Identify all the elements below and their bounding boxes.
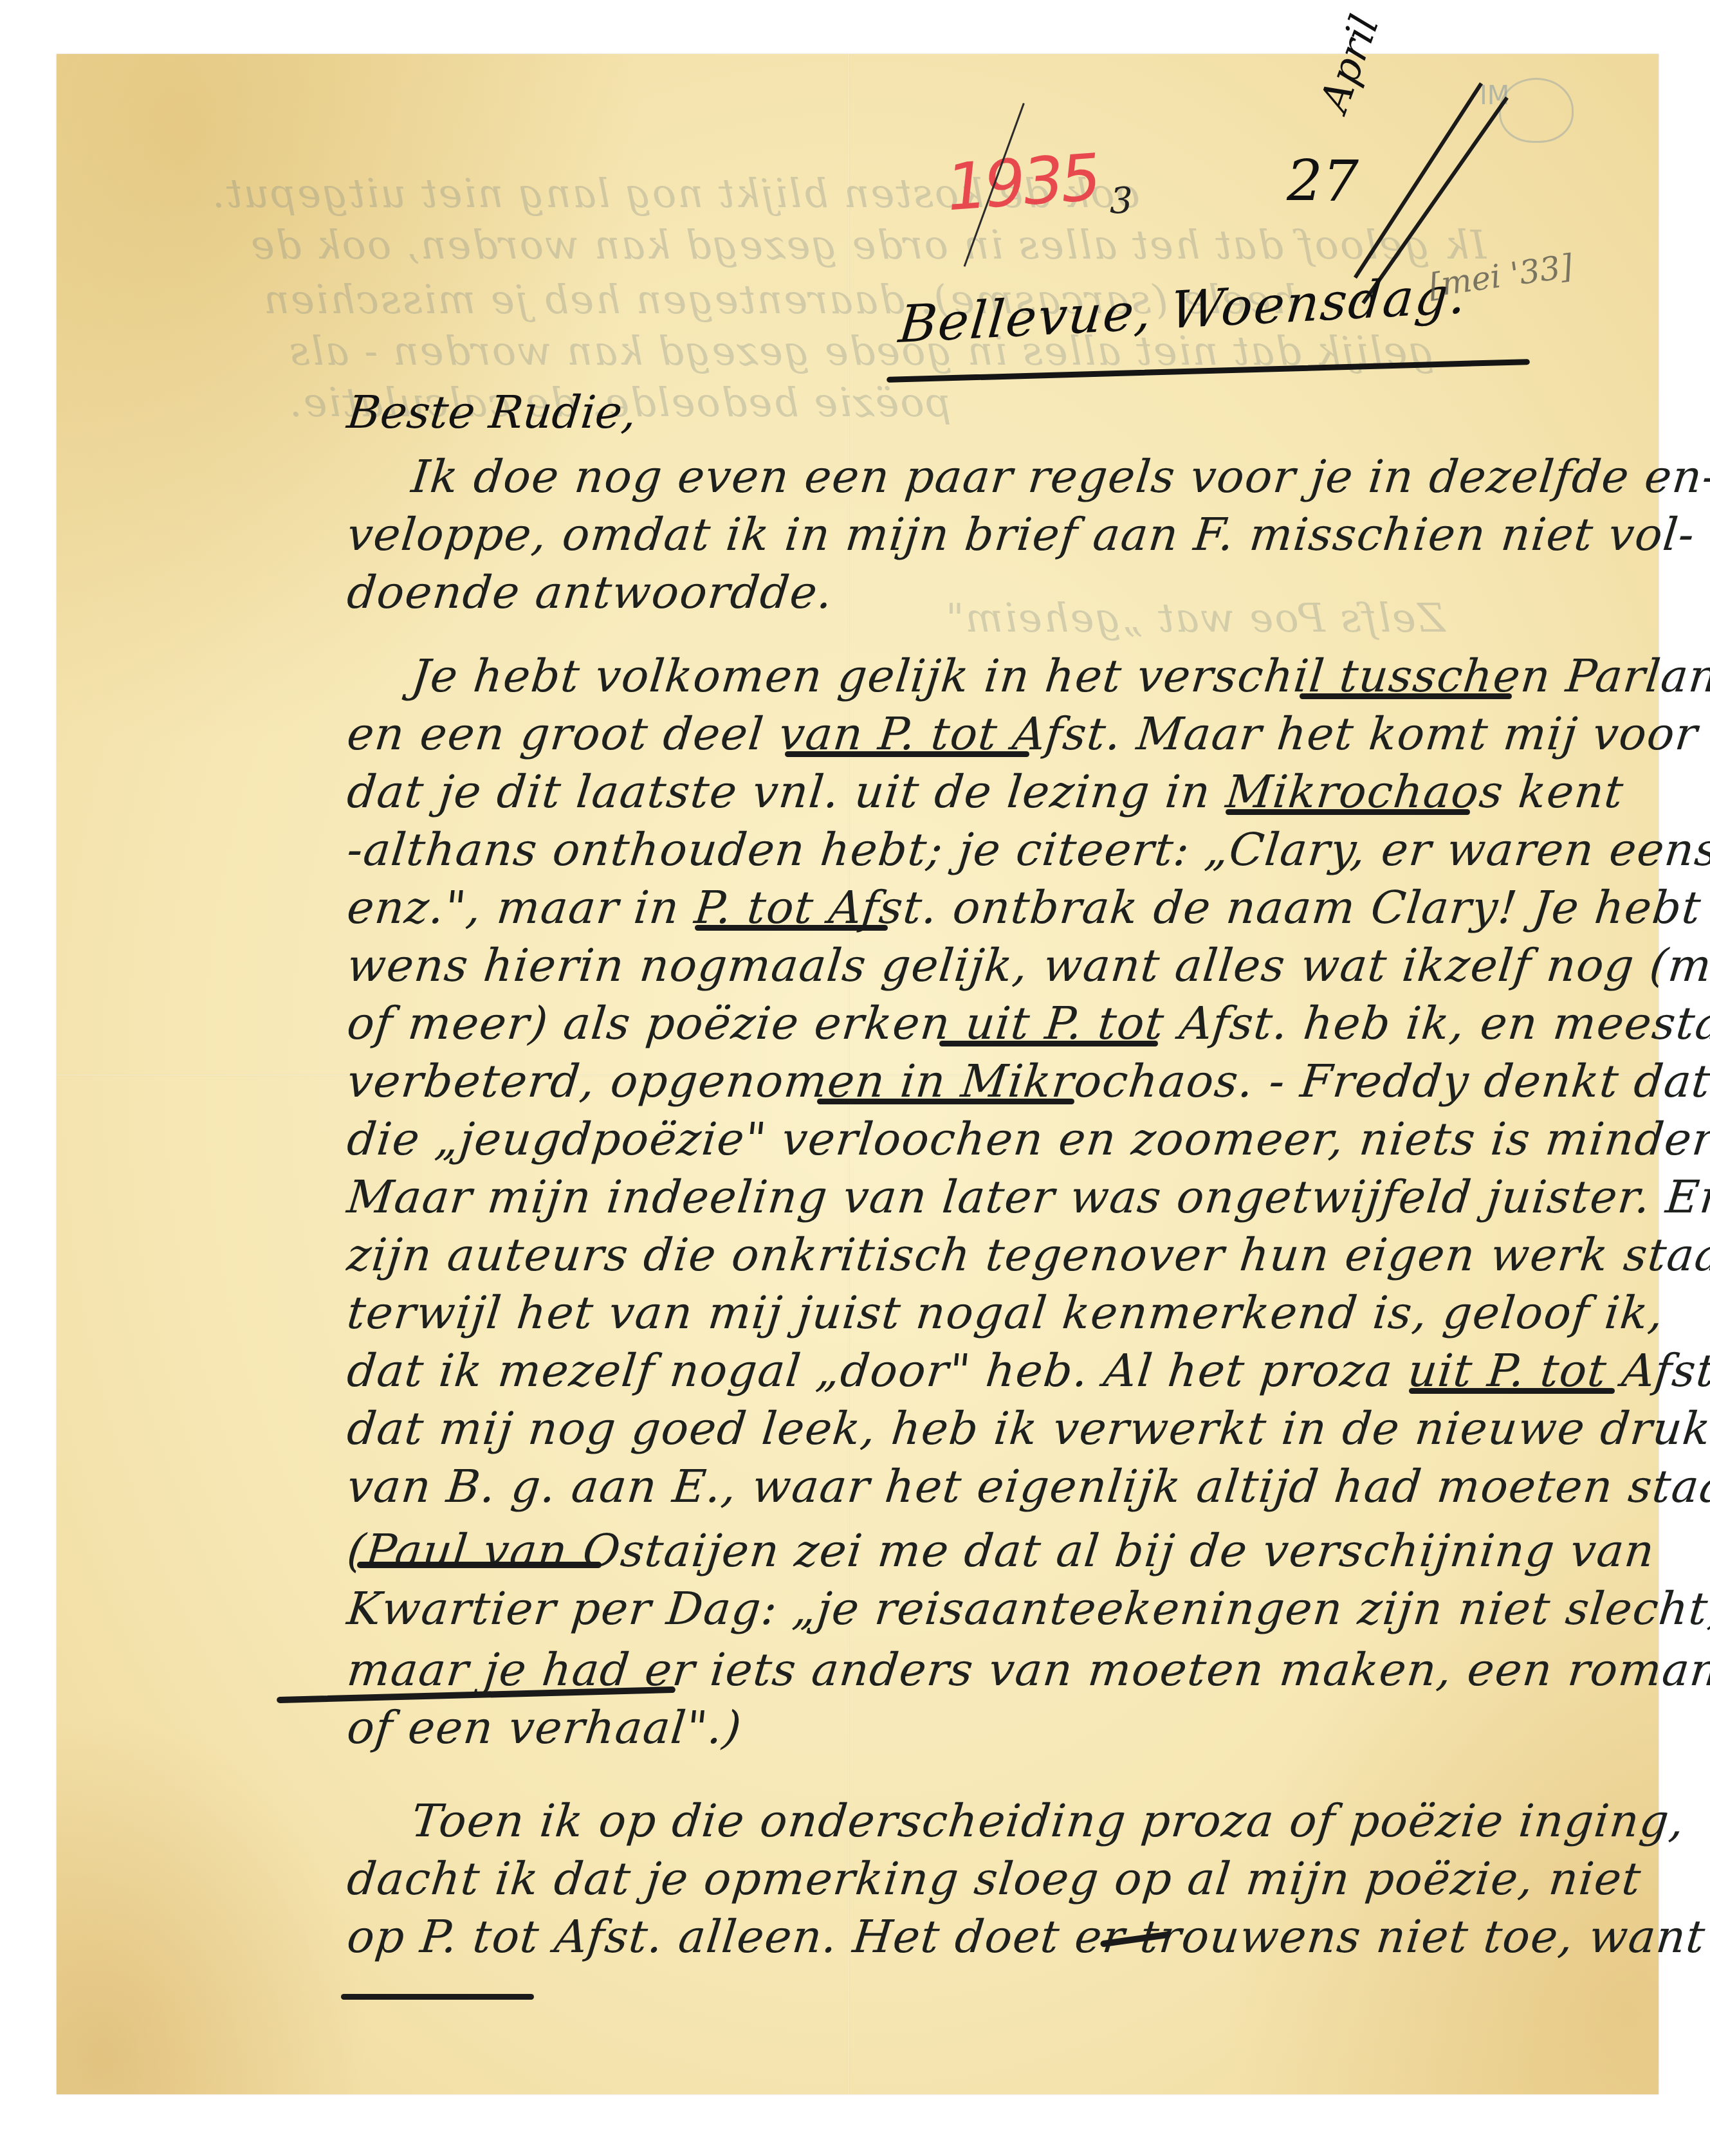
- letter-line: enz.", maar in P. tot Afst. ontbrak de n…: [345, 881, 1710, 934]
- letter-line: of een verhaal".): [345, 1701, 745, 1754]
- letter-line: doende antwoordde.: [345, 566, 836, 619]
- letter-line: Toen ik op die onderscheiding proza of p…: [409, 1795, 1687, 1847]
- archive-year-annotation: 1935: [942, 139, 1103, 226]
- underline-b-g-aan-e: [357, 1562, 602, 1568]
- letter-line: (Paul van Ostaijen zei me dat al bij de …: [345, 1524, 1658, 1577]
- letter-line: Ik doe nog even een paar regels voor je …: [409, 450, 1710, 503]
- underline-p-tot-afst: [939, 1041, 1158, 1046]
- greeting: Beste Rudie,: [345, 386, 639, 439]
- underline-p-tot-afst: [785, 751, 1029, 757]
- letter-line: terwijl het van mij juist nogal kenmerke…: [345, 1286, 1667, 1339]
- letter-line: dat mij nog goed leek, heb ik verwerkt i…: [345, 1402, 1710, 1455]
- letter-line: Maar mijn indeeling van later was ongetw…: [345, 1171, 1710, 1223]
- folio-number: 3: [1110, 180, 1133, 222]
- letter-line: veloppe, omdat ik in mijn brief aan F. m…: [345, 508, 1698, 561]
- underline-p-tot-afst: [1409, 1388, 1615, 1394]
- letter-line: die „jeugdpoëzie" verloochen en zoomeer,…: [345, 1113, 1710, 1165]
- stamp-ring: [1499, 78, 1574, 143]
- letter-line: Kwartier per Dag: „je reisaanteekeningen…: [345, 1582, 1710, 1635]
- date-day: 27: [1287, 148, 1359, 214]
- underline-p-tot-afst: [695, 925, 888, 931]
- letter-line: dacht ik dat je opmerking sloeg op al mi…: [345, 1852, 1644, 1905]
- bleed-through-text: Ik geloof dat het alles in orde gezegd k…: [250, 221, 1486, 268]
- bleed-through-text: Zelfs Poe wat „geheim": [944, 594, 1445, 641]
- underline-mikrochaos: [817, 1099, 1074, 1104]
- underline-mikrochaos: [1226, 809, 1470, 815]
- letter-line: maar je had er iets anders van moeten ma…: [345, 1643, 1710, 1696]
- underline-parlando: [1300, 693, 1512, 699]
- letter-line: op P. tot Afst. alleen. Het doet er trou…: [345, 1910, 1709, 1963]
- letter-line: Je hebt volkomen gelijk in het verschil …: [409, 650, 1710, 702]
- letter-line: -althans onthouden hebt; je citeert: „Cl…: [345, 823, 1710, 876]
- letter-line: zijn auteurs die onkritisch tegenover hu…: [345, 1229, 1710, 1281]
- underline-p-tot-afst: [341, 1994, 534, 2000]
- letter-line: wens hierin nogmaals gelijk, want alles …: [345, 939, 1710, 992]
- letter-line: van B. g. aan E., waar het eigenlijk alt…: [345, 1460, 1710, 1513]
- archive-stamp-icon: IM: [1480, 81, 1576, 139]
